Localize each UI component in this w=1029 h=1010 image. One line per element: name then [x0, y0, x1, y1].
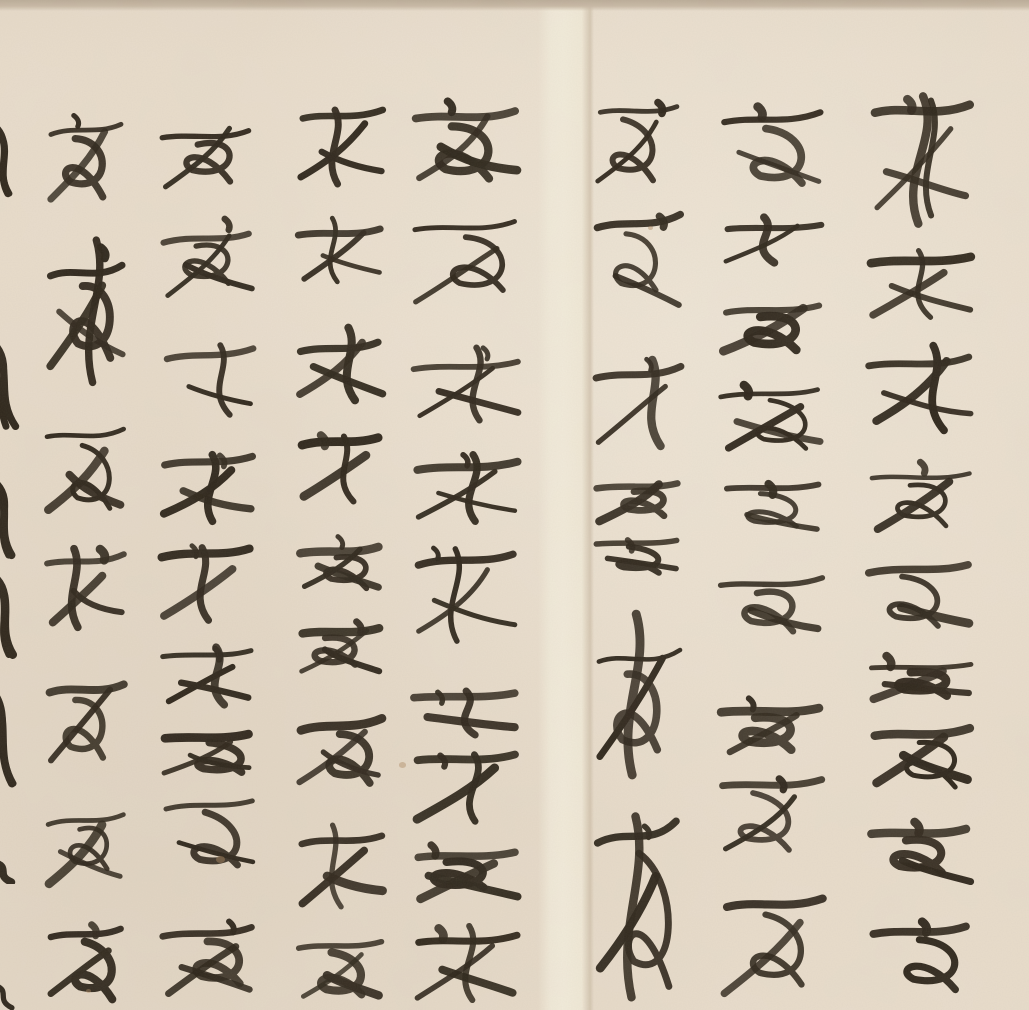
brush-glyph	[697, 476, 847, 546]
brush-glyph	[845, 700, 995, 800]
calligraphy-character: 发	[845, 450, 995, 548]
calligraphy-character: 俱	[278, 526, 403, 602]
brush-glyph	[28, 102, 143, 216]
brush-glyph	[697, 210, 847, 270]
brush-glyph	[140, 910, 275, 1010]
brush-glyph	[140, 334, 275, 426]
brush-glyph	[576, 466, 701, 532]
calligraphy-character: 累	[140, 790, 275, 884]
brush-glyph	[28, 786, 143, 906]
calligraphy-character: 连	[697, 770, 847, 866]
calligraphy-character: 其	[388, 444, 543, 532]
brush-glyph	[388, 444, 543, 532]
brush-glyph	[576, 92, 701, 198]
calligraphy-column: 证参发并趣上下累应	[140, 0, 275, 1010]
brush-glyph	[388, 206, 543, 322]
brush-glyph	[140, 208, 275, 312]
calligraphy-character: 也	[697, 210, 847, 270]
brush-glyph	[845, 450, 995, 548]
brush-glyph	[278, 812, 403, 920]
calligraphy-column: 容灼爚发采扬明何其	[845, 0, 995, 1010]
edge-fragment-stroke	[0, 338, 26, 434]
brush-glyph	[576, 534, 701, 578]
brush-glyph	[845, 912, 995, 1010]
brush-glyph	[845, 332, 995, 444]
brush-glyph	[697, 884, 847, 1010]
brush-glyph	[140, 790, 275, 884]
calligraphy-character: 比	[697, 476, 847, 546]
edge-fragment-stroke	[0, 476, 26, 562]
brush-glyph	[28, 536, 143, 640]
brush-glyph	[278, 98, 403, 196]
calligraphy-character: 羽	[278, 426, 403, 512]
brush-glyph	[388, 914, 543, 1010]
brush-glyph	[697, 686, 847, 766]
calligraphy-character: 美	[28, 646, 143, 780]
calligraphy-character: 下	[140, 724, 275, 784]
calligraphy-character: 并	[140, 444, 275, 532]
brush-glyph	[28, 414, 143, 532]
calligraphy-character: 将	[28, 914, 143, 1010]
calligraphy-character: 参	[140, 208, 275, 312]
brush-glyph	[576, 596, 701, 788]
brush-glyph	[845, 240, 995, 328]
edge-fragment-stroke	[0, 570, 26, 662]
brush-glyph	[140, 638, 275, 714]
calligraphy-character: 何	[845, 810, 995, 900]
brush-glyph	[0, 982, 26, 1010]
brush-glyph	[28, 914, 143, 1010]
brush-glyph	[697, 92, 847, 204]
brush-glyph	[278, 696, 403, 802]
edge-fragment-stroke	[0, 860, 26, 884]
brush-glyph	[140, 102, 275, 202]
calligraphy-character: 君	[576, 466, 701, 532]
calligraphy-character: 其	[845, 912, 995, 1010]
calligraphy-character: 御	[576, 346, 701, 460]
brush-glyph	[0, 476, 26, 562]
calligraphy-character: 憀	[388, 84, 543, 202]
calligraphy-character: 硌	[28, 536, 143, 640]
brush-glyph	[28, 646, 143, 780]
brush-glyph	[278, 928, 403, 1010]
brush-glyph	[278, 208, 403, 292]
calligraphy-character: 声	[576, 796, 701, 1010]
brush-glyph	[697, 376, 847, 462]
calligraphy-character: 踔	[28, 224, 143, 394]
calligraphy-character: 何	[388, 336, 543, 432]
calligraphy-character: 也	[388, 684, 543, 742]
calligraphy-character: 声	[28, 786, 143, 906]
brush-glyph	[0, 686, 26, 792]
brush-glyph	[697, 770, 847, 866]
calligraphy-column: 调则角羽俱起宫徵相	[278, 0, 403, 1010]
brush-glyph	[0, 338, 26, 434]
calligraphy-character: 伦	[697, 376, 847, 462]
calligraphy-character: 律	[697, 550, 847, 656]
calligraphy-character: 灼	[845, 240, 995, 328]
calligraphy-character: 趣	[140, 536, 275, 632]
calligraphy-column: 憀亮何其伟也及其初	[388, 0, 543, 1010]
brush-glyph	[576, 796, 701, 1010]
brush-glyph	[140, 444, 275, 532]
brush-glyph	[388, 84, 543, 202]
calligraphy-character: 容	[845, 82, 995, 234]
brush-glyph	[388, 534, 543, 656]
calligraphy-character: 张	[576, 92, 701, 198]
calligraphy-character: 发	[140, 334, 275, 426]
brush-glyph	[697, 550, 847, 656]
calligraphy-character: 起	[278, 610, 403, 686]
calligraphy-character: 徵	[278, 812, 403, 920]
calligraphy-character: 操	[697, 884, 847, 1010]
calligraphy-character: 则	[278, 208, 403, 292]
calligraphy-character: 丽	[697, 92, 847, 204]
brush-glyph	[845, 810, 995, 900]
calligraphy-character: 伟	[388, 534, 543, 656]
calligraphy-character: 爚	[845, 332, 995, 444]
paper-stain	[86, 989, 91, 993]
calligraphy-character: 新	[576, 596, 701, 788]
calligraphy-character: 其	[388, 834, 543, 912]
brush-glyph	[388, 336, 543, 432]
brush-glyph	[0, 120, 26, 200]
calligraphy-character: 角	[278, 316, 403, 412]
calligraphy-character: 相	[278, 928, 403, 1010]
brush-glyph	[278, 426, 403, 512]
calligraphy-character: 亮	[388, 206, 543, 322]
calligraphy-character: 踸	[28, 102, 143, 216]
calligraphy-character: 调	[278, 98, 403, 196]
calligraphy-character: 伶	[697, 280, 847, 370]
brush-glyph	[28, 224, 143, 394]
calligraphy-character: 田	[697, 686, 847, 766]
brush-glyph	[845, 550, 995, 646]
calligraphy-column: 踸踔磥硌美声将	[28, 0, 143, 1010]
brush-glyph	[0, 860, 26, 884]
brush-glyph	[576, 346, 701, 460]
brush-glyph	[845, 82, 995, 234]
paper-stain	[399, 762, 406, 768]
brush-glyph	[697, 280, 847, 370]
calligraphy-character: 子	[576, 534, 701, 578]
calligraphy-column: 张进御君子新声	[576, 0, 701, 1010]
paper-stain	[648, 226, 653, 230]
calligraphy-character: 应	[140, 910, 275, 1010]
brush-glyph	[388, 834, 543, 912]
calligraphy-character: 采	[845, 550, 995, 646]
brush-glyph	[576, 202, 701, 330]
brush-glyph	[278, 610, 403, 686]
calligraphy-character: 及	[388, 744, 543, 832]
brush-glyph	[0, 570, 26, 662]
edge-fragment-stroke	[0, 686, 26, 792]
brush-glyph	[278, 526, 403, 602]
brush-glyph	[278, 316, 403, 412]
calligraphy-character: 上	[140, 638, 275, 714]
edge-fragment-stroke	[0, 120, 26, 200]
calligraphy-character: 宫	[278, 696, 403, 802]
calligraphy-column: 丽也伶伦比律田连操	[697, 0, 847, 1010]
calligraphy-character: 初	[388, 914, 543, 1010]
calligraphy-sheet: 容灼爚发采扬明何其丽也伶伦比律田连操张进御君子新声憀亮何其伟也及其初调则角羽俱起…	[0, 0, 1029, 1010]
brush-glyph	[388, 684, 543, 742]
calligraphy-character: 进	[576, 202, 701, 330]
calligraphy-character: 磥	[28, 414, 143, 532]
calligraphy-character: 明	[845, 700, 995, 800]
brush-glyph	[140, 536, 275, 632]
edge-fragment-stroke	[0, 982, 26, 1010]
brush-glyph	[140, 724, 275, 784]
calligraphy-character: 证	[140, 102, 275, 202]
brush-glyph	[388, 744, 543, 832]
